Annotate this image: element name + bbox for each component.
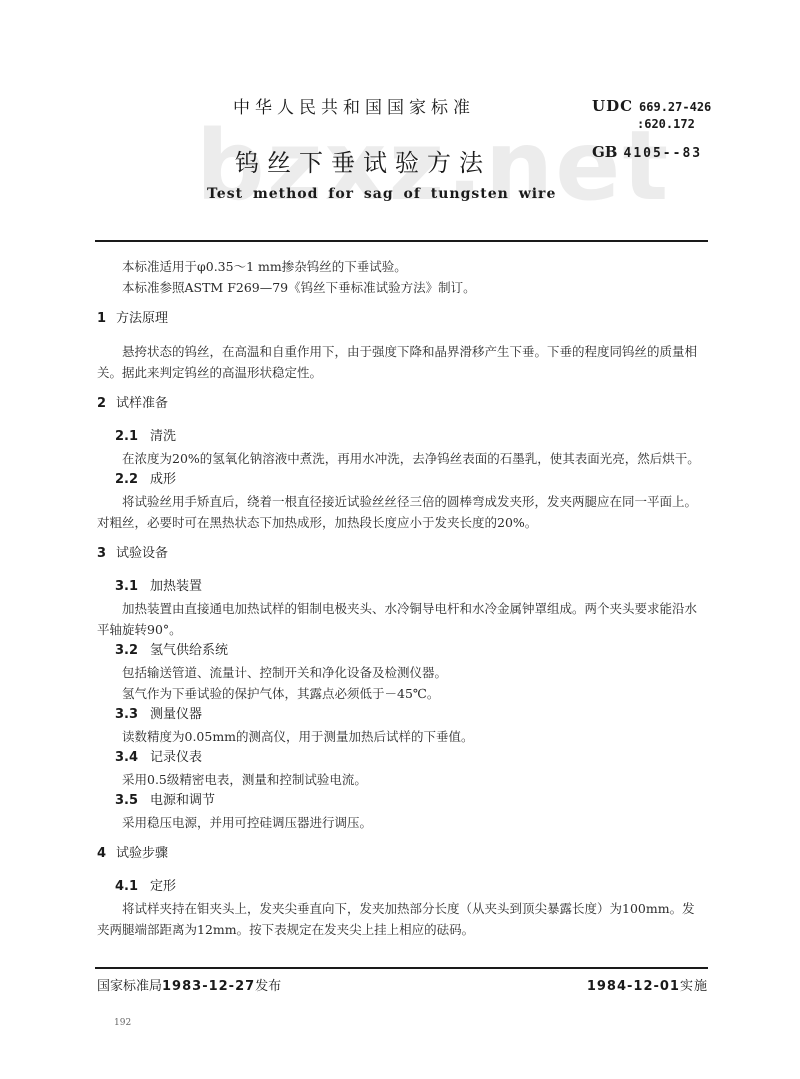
issue-suffix: 发布 xyxy=(255,979,281,994)
standard-name: 中华人民共和国国家标准 xyxy=(233,93,475,118)
effective-suffix: 实施 xyxy=(680,979,708,994)
gb-value: 4105--83 xyxy=(624,146,703,161)
intro-paragraph: 本标准适用于φ0.35～1 mm掺杂钨丝的下垂试验。 xyxy=(97,256,707,277)
section-heading: 2试样准备 xyxy=(97,393,707,414)
subsection-heading: 3.4记录仪表 xyxy=(115,747,707,769)
subsection-heading: 3.5电源和调节 xyxy=(115,790,707,812)
subsection-paragraph: 读数精度为0.05mm的测高仪，用于测量加热后试样的下垂值。 xyxy=(97,726,707,747)
section-heading: 3试验设备 xyxy=(97,543,707,564)
issue-info: 国家标准局1983-12-27发布 xyxy=(97,975,281,994)
subsection-paragraph: 采用稳压电源，并用可控硅调压器进行调压。 xyxy=(97,812,707,833)
subsection-heading: 3.3测量仪器 xyxy=(115,704,707,726)
header-divider xyxy=(95,240,708,242)
section-heading: 4试验步骤 xyxy=(97,843,707,864)
subsection-heading: 2.2成形 xyxy=(115,469,707,491)
document-body: 本标准适用于φ0.35～1 mm掺杂钨丝的下垂试验。 本标准参照ASTM F26… xyxy=(97,256,707,940)
gb-code: GB4105--83 xyxy=(592,142,702,161)
document-title-en: Test method for sag of tungsten wire xyxy=(207,186,556,202)
subsection-paragraph: 氢气作为下垂试验的保护气体，其露点必须低于－45℃。 xyxy=(97,683,707,704)
effective-info: 1984-12-01实施 xyxy=(587,975,708,994)
udc-value: 669.27-426 xyxy=(639,100,711,114)
effective-date: 1984-12-01 xyxy=(587,979,680,994)
subsection-paragraph: 将试验丝用手矫直后，绕着一根直径接近试验丝丝径三倍的圆棒弯成发夹形，发夹两腿应在… xyxy=(97,491,707,533)
udc-value-line2: :620.172 xyxy=(637,117,695,131)
subsection-heading: 3.2氢气供给系统 xyxy=(115,640,707,662)
udc-label: UDC xyxy=(592,97,633,115)
document-title-cn: 钨丝下垂试验方法 xyxy=(235,143,491,178)
issue-date: 1983-12-27 xyxy=(162,979,255,994)
footer-divider xyxy=(95,967,708,969)
subsection-paragraph: 将试样夹持在钼夹头上，发夹尖垂直向下，发夹加热部分长度（从夹头到顶尖暴露长度）为… xyxy=(97,898,707,940)
page-number: 192 xyxy=(114,1018,131,1028)
subsection-heading: 2.1清洗 xyxy=(115,426,707,448)
subsection-heading: 4.1定形 xyxy=(115,876,707,898)
subsection-paragraph: 采用0.5级精密电表，测量和控制试验电流。 xyxy=(97,769,707,790)
subsection-paragraph: 加热装置由直接通电加热试样的钼制电极夹头、水冷铜导电杆和水冷金属钟罩组成。两个夹… xyxy=(97,598,707,640)
gb-label: GB xyxy=(592,143,618,161)
subsection-heading: 3.1加热装置 xyxy=(115,576,707,598)
section-heading: 1方法原理 xyxy=(97,308,707,329)
subsection-paragraph: 包括输送管道、流量计、控制开关和净化设备及检测仪器。 xyxy=(97,662,707,683)
section-paragraph: 悬挎状态的钨丝，在高温和自重作用下，由于强度下降和晶界滑移产生下垂。下垂的程度同… xyxy=(97,341,707,383)
issuer: 国家标准局 xyxy=(97,979,162,994)
subsection-paragraph: 在浓度为20%的氢氧化钠溶液中煮洗，再用水冲洗，去净钨丝表面的石墨乳，使其表面光… xyxy=(97,448,707,469)
intro-paragraph: 本标准参照ASTM F269—79《钨丝下垂标准试验方法》制订。 xyxy=(97,277,707,298)
udc-code: UDC669.27-426 xyxy=(592,97,711,115)
